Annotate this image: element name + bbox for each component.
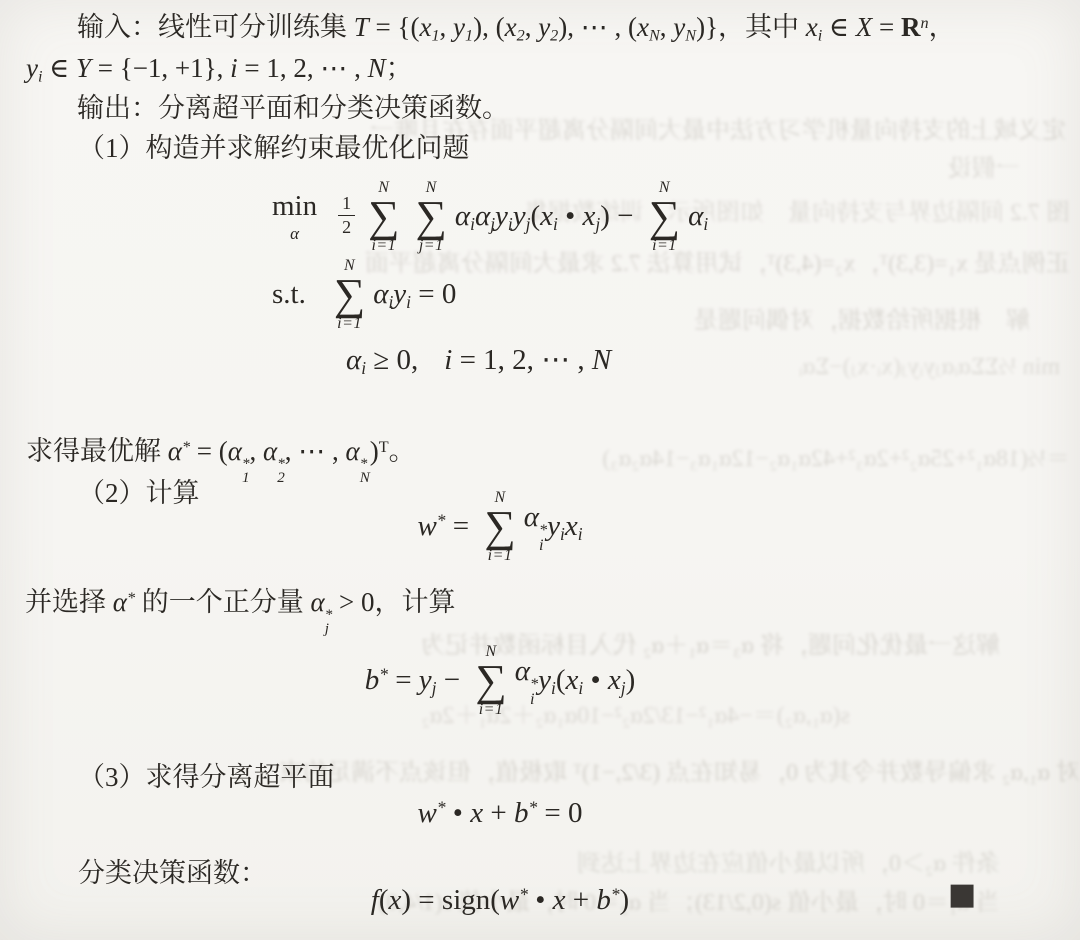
math-token: R — [901, 12, 921, 42]
math-token: α — [168, 436, 182, 466]
b-star-formula: b* = yj − N∑i=1α*iyi(xi • xj) — [0, 644, 1000, 718]
math-token: i — [444, 344, 452, 376]
summation-symbol: N∑i=1 — [334, 258, 365, 332]
math-token: Y — [76, 53, 91, 83]
math-token: ( — [379, 884, 389, 917]
math-token: , — [250, 436, 264, 466]
math-token: X — [856, 12, 873, 42]
math-token: = — [388, 664, 419, 697]
math-token: y — [453, 12, 465, 42]
summation-symbol: N∑i=1 — [484, 490, 515, 564]
math-token: ≥ 0, — [366, 344, 418, 377]
math-token: y — [393, 278, 406, 310]
math-token: ( — [556, 664, 566, 697]
math-token: x — [389, 884, 402, 917]
algorithm-step-3-heading: （3）求得分离超平面 — [78, 760, 335, 795]
math-token: *i — [539, 523, 547, 552]
math-token: b* — [365, 664, 388, 697]
math-token: 输出：分离超平面和分类决策函数。 — [77, 93, 509, 123]
math-token: ∈ — [42, 53, 76, 83]
math-token: i=1 — [652, 238, 677, 254]
math-token: y — [419, 664, 432, 696]
math-token: α — [455, 200, 470, 232]
math-token: ( — [556, 664, 566, 696]
math-token: x — [470, 797, 483, 829]
math-token: x — [806, 12, 818, 42]
separating-hyperplane-formula: w* • x + b* = 0 — [0, 797, 1000, 830]
math-token: b — [365, 664, 380, 696]
math-token: α — [524, 501, 539, 533]
math-token: ∈ — [822, 12, 856, 42]
math-token: x — [637, 12, 649, 42]
summation-symbol: N∑j=1 — [416, 180, 447, 254]
math-token: *2 — [277, 458, 285, 485]
math-token: )T — [370, 436, 389, 466]
math-token: （3）求得分离超平面 — [78, 762, 335, 792]
math-token: α — [346, 344, 361, 376]
math-token: *i — [530, 677, 538, 706]
math-token: 1 — [465, 27, 473, 45]
math-token: α* — [168, 436, 190, 466]
math-token: xj — [583, 200, 601, 234]
math-token: x — [505, 12, 517, 42]
math-token: i — [530, 692, 535, 707]
math-token: T — [379, 438, 389, 456]
math-token: ( — [530, 200, 540, 233]
math-token: ) — [370, 436, 379, 466]
math-token: xi — [565, 510, 583, 544]
math-token: ，其中 — [718, 12, 806, 42]
math-token: • — [446, 797, 471, 830]
algorithm-step-1-heading: （1）构造并求解约束最优化问题 — [78, 131, 470, 166]
math-token: ； — [386, 53, 413, 83]
math-token: y — [673, 12, 685, 42]
math-token: = — [872, 12, 901, 42]
constraint-formula-2: αi ≥ 0,i = 1, 2, ⋯ , N — [346, 344, 611, 378]
math-token: = 0 — [537, 797, 582, 829]
math-token: , — [660, 12, 674, 42]
math-token: α — [263, 436, 277, 466]
math-token: （1）构造并求解约束最优化问题 — [78, 133, 470, 163]
math-token: i=1 — [479, 702, 504, 718]
math-token: , ⋯ , — [285, 436, 346, 466]
math-token: • — [528, 884, 553, 917]
bleedthrough-text: 条件 α₂＞0，所以最小值应在边界上达到 — [430, 843, 1000, 878]
math-token: y2 — [538, 12, 558, 42]
math-token: α — [688, 200, 703, 232]
math-token: = 0 — [537, 797, 582, 830]
math-token: w* — [417, 510, 445, 543]
math-token: N — [368, 53, 386, 83]
math-token: α — [228, 436, 242, 466]
math-token: α*i — [515, 655, 538, 706]
math-token: N — [592, 344, 611, 377]
w-star-formula: w* = N∑i=1α*iyixi — [0, 490, 1000, 564]
math-token: ∑ — [368, 196, 399, 238]
math-token: s.t. — [272, 278, 306, 311]
math-token: ) — [620, 884, 630, 917]
math-token: ) − — [600, 200, 641, 233]
math-token: y — [538, 664, 551, 696]
math-token: * — [437, 797, 446, 817]
math-token: * — [182, 438, 190, 456]
math-token: ∈ — [42, 53, 76, 83]
math-token: α*2 — [263, 436, 285, 466]
math-token: i — [578, 524, 583, 544]
math-token: * — [519, 884, 528, 904]
math-token: N — [649, 27, 660, 45]
math-token: ), ⋯ , ( — [558, 12, 637, 42]
math-token: = — [872, 12, 901, 42]
math-token: = — [446, 510, 477, 542]
math-token: = 1, 2, ⋯ , — [238, 53, 368, 83]
math-token: = ( — [190, 436, 228, 466]
math-token: αi — [373, 278, 393, 312]
fraction: 12 — [338, 193, 355, 237]
math-token: f — [371, 884, 379, 916]
math-token: x — [553, 884, 566, 917]
math-token: ，计算 — [375, 587, 456, 617]
math-token: )} — [696, 12, 718, 42]
math-token: T — [354, 12, 369, 42]
math-token: xi — [806, 12, 822, 42]
math-token: α — [515, 655, 530, 687]
math-token: ) — [626, 664, 636, 697]
math-token: α*N — [346, 436, 370, 466]
math-token: , — [250, 436, 264, 466]
decision-function-formula: f(x) = sign(w* • x + b*) — [0, 884, 1000, 917]
summation-symbol: N∑i=1 — [475, 644, 506, 718]
math-token: αi — [688, 200, 708, 234]
math-token: b — [596, 884, 611, 916]
math-token: ), ( — [473, 12, 504, 42]
math-token: α* — [113, 587, 135, 617]
scanned-textbook-page: 定义域上的支持向量机学习方法中最大间隔分离超平面存在且唯一 一假设 图 7.2 … — [0, 0, 1080, 940]
math-token: , — [525, 12, 539, 42]
bleedthrough-text: 一假设 — [860, 148, 1020, 183]
math-token: i — [539, 538, 544, 553]
math-token: = {−1, +1}, — [91, 53, 230, 83]
math-token: − — [437, 664, 468, 696]
math-token: 1 — [242, 472, 250, 486]
math-token: 。 — [389, 436, 416, 466]
math-token: • — [528, 884, 553, 916]
math-token: ) = sign( — [401, 884, 500, 917]
math-token: * — [611, 884, 620, 904]
math-token: T — [354, 12, 369, 42]
math-token: w — [500, 884, 519, 916]
constraint-formula-1: s.t.N∑i=1αiyi = 0 — [272, 258, 456, 332]
math-token: = 0 — [411, 278, 456, 310]
math-token: Rn — [901, 12, 929, 42]
math-token: ≥ 0, — [366, 344, 418, 376]
math-token: N — [685, 27, 696, 45]
math-token: j=1 — [419, 238, 444, 254]
math-token: ( — [379, 884, 389, 916]
math-token: yi — [538, 664, 556, 698]
math-token: , ⋯ , — [285, 436, 346, 466]
math-token: y — [495, 200, 508, 232]
math-token: 输入：线性可分训练集 — [77, 12, 354, 42]
math-token: + — [565, 884, 596, 917]
math-token: ∑ — [484, 506, 515, 548]
math-token: + — [565, 884, 596, 916]
math-token: b* — [596, 884, 619, 917]
math-token: α*i — [524, 501, 547, 552]
math-token: = — [388, 664, 419, 696]
math-token: yi — [393, 278, 411, 312]
math-token: = 0 — [411, 278, 456, 311]
math-token: y — [513, 200, 526, 232]
math-token: min — [272, 192, 317, 221]
math-token: x — [419, 12, 431, 42]
math-token: w* — [418, 797, 446, 830]
math-token: ( — [530, 200, 540, 232]
math-token: xN — [637, 12, 660, 42]
math-token: = — [446, 510, 477, 543]
summation-symbol: N∑i=1 — [368, 180, 399, 254]
math-token: ∑ — [334, 274, 365, 316]
math-token: N — [368, 53, 386, 83]
math-token: • — [583, 664, 608, 696]
math-token: yj — [513, 200, 531, 234]
math-token: α*1 — [228, 436, 250, 466]
math-token: α — [290, 225, 299, 242]
math-token: x1 — [419, 12, 439, 42]
math-token: 求得最优解 — [26, 436, 168, 466]
math-token: *N — [360, 458, 370, 485]
math-token: ， — [929, 12, 956, 42]
math-token: * — [379, 665, 388, 685]
math-token: + — [483, 797, 514, 830]
math-token: 2 — [517, 27, 525, 45]
math-token: ∑ — [649, 196, 680, 238]
algorithm-input-line-2: yi ∈ Y = {−1, +1}, i = 1, 2, ⋯ , N； — [26, 51, 413, 88]
math-token: 1 — [431, 27, 439, 45]
math-token: = 1, 2, ⋯ , — [452, 344, 592, 376]
math-token: 并选择 — [25, 587, 113, 617]
algorithm-output-line: 输出：分离超平面和分类决策函数。 — [77, 91, 509, 126]
math-token: w — [418, 797, 437, 829]
math-token: x — [540, 200, 553, 232]
math-token: α — [475, 200, 490, 232]
algorithm-input-line-1: 输入：线性可分训练集 T = {(x1, y1), (x2, y2), ⋯ , … — [77, 10, 956, 47]
math-token: x — [553, 884, 566, 916]
math-token: y — [538, 12, 550, 42]
math-token: ) − — [600, 200, 641, 232]
math-token: y — [547, 510, 560, 542]
math-token: x — [583, 200, 596, 232]
end-of-algorithm-marker: ■ — [948, 880, 976, 910]
choose-component-line: 并选择 α* 的一个正分量 α*j > 0，计算 — [25, 585, 456, 637]
math-token: i — [703, 214, 708, 234]
math-token: yj — [419, 664, 437, 698]
math-token: x2 — [505, 12, 525, 42]
math-token: = 1, 2, ⋯ , — [452, 344, 592, 377]
math-token: • — [558, 200, 583, 232]
dual-optimization-problem: minα12N∑i=1N∑j=1αiαjyiyj(xi • xj) − N∑i=… — [272, 180, 708, 378]
math-token: b — [514, 797, 529, 829]
math-token: = 1, 2, ⋯ , — [238, 53, 368, 83]
math-token: i — [230, 53, 238, 83]
math-token: ) — [620, 884, 630, 916]
math-token: f — [371, 884, 379, 917]
math-token: ), ( — [473, 12, 504, 42]
math-token: • — [583, 664, 608, 697]
math-token: + — [483, 797, 514, 829]
math-token: *1 — [242, 458, 250, 485]
math-token: = ( — [190, 436, 228, 466]
bleedthrough-text: min ½ΣΣαᵢαⱼyᵢyⱼ(xᵢ·xⱼ)−Σαᵢ — [660, 352, 1060, 381]
math-token: > 0 — [332, 587, 374, 617]
math-token: , — [440, 12, 454, 42]
math-token: = {( — [369, 12, 420, 42]
math-token: > 0 — [332, 587, 374, 617]
math-token: i — [444, 344, 452, 377]
math-token: α*j — [311, 587, 333, 617]
math-token: b* — [514, 797, 537, 830]
math-token: yi — [495, 200, 513, 234]
math-token: y — [26, 53, 38, 83]
math-token: , — [660, 12, 674, 42]
math-token: w — [417, 510, 436, 542]
math-token: 2 — [342, 216, 351, 238]
math-token: s.t. — [272, 278, 306, 310]
math-token: α — [311, 587, 325, 617]
math-token: αi — [455, 200, 475, 234]
math-token: x — [566, 664, 579, 696]
min-operator: minα — [272, 192, 317, 242]
math-token: ； — [386, 53, 413, 83]
math-token: , — [525, 12, 539, 42]
math-token: ∈ — [822, 12, 856, 42]
math-token: w* — [500, 884, 528, 917]
math-token: αj — [475, 200, 495, 234]
math-token: i=1 — [488, 548, 513, 564]
math-token: y1 — [453, 12, 473, 42]
math-token: Y — [76, 53, 91, 83]
math-token: yi — [547, 510, 565, 544]
math-token: * — [127, 589, 135, 607]
math-token: N — [360, 472, 370, 486]
math-token: yi — [26, 53, 42, 83]
math-token: x — [470, 797, 483, 830]
math-token: • — [558, 200, 583, 233]
math-token: x — [608, 664, 621, 696]
math-token: − — [437, 664, 468, 697]
math-token: x — [565, 510, 578, 542]
math-token: = {( — [369, 12, 420, 42]
math-token: ) = sign( — [401, 884, 500, 916]
math-token: i — [230, 53, 238, 83]
math-token: x — [389, 884, 402, 916]
math-token: * — [437, 511, 446, 531]
math-token: i=1 — [371, 238, 396, 254]
summation-symbol: N∑i=1 — [649, 180, 680, 254]
math-token: yN — [673, 12, 696, 42]
math-token: xi — [566, 664, 584, 698]
math-token: ) — [626, 664, 636, 696]
bleedthrough-text: ＝½(18α₁²+25α₂²+2α₃²+42α₁α₂−12α₁α₃−14α₂α₃… — [590, 438, 1070, 473]
math-token: ∑ — [475, 660, 506, 702]
math-token: α — [346, 436, 360, 466]
math-token: n — [921, 14, 929, 32]
math-token: N — [592, 344, 611, 376]
math-token: αi — [346, 344, 366, 378]
math-token: * — [528, 797, 537, 817]
math-token: ∑ — [416, 196, 447, 238]
math-token: ， — [929, 12, 956, 42]
math-token: • — [446, 797, 471, 829]
math-token: j — [325, 623, 329, 637]
math-token: , — [440, 12, 454, 42]
math-token: = {−1, +1}, — [91, 53, 230, 83]
objective-formula: minα12N∑i=1N∑j=1αiαjyiyj(xi • xj) − N∑i=… — [272, 180, 708, 254]
math-token: X — [856, 12, 873, 42]
math-token: )} — [696, 12, 718, 42]
math-token: α — [113, 587, 127, 617]
math-token: xj — [608, 664, 626, 698]
math-token: 2 — [277, 472, 285, 486]
math-token: α — [373, 278, 388, 310]
math-token: xi — [540, 200, 558, 234]
math-token: i=1 — [337, 316, 362, 332]
math-token: 的一个正分量 — [135, 587, 311, 617]
math-token: 1 — [338, 193, 355, 216]
math-token: ), ⋯ , ( — [558, 12, 637, 42]
